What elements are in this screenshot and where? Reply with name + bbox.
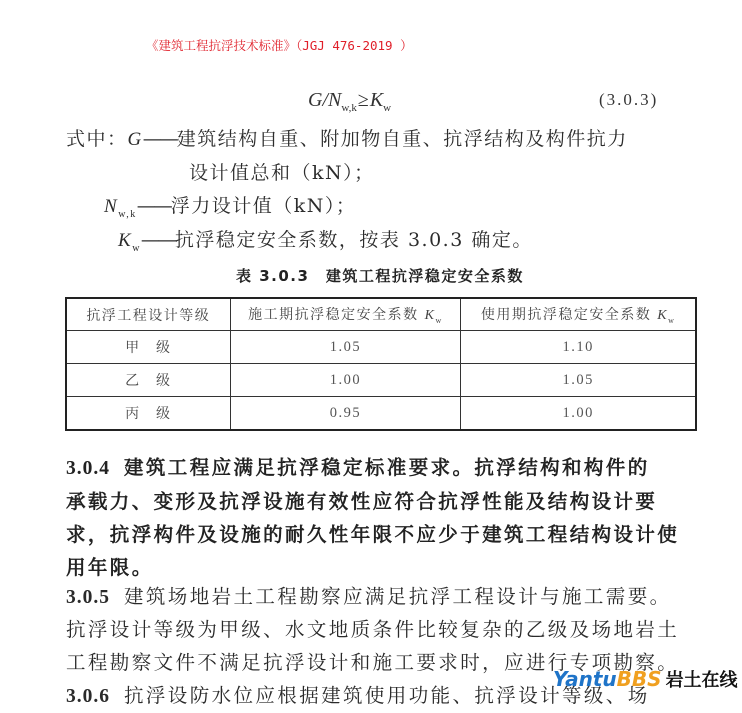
watermark-bbs: BBS: [617, 667, 662, 691]
header-design-grade: 抗浮工程设计等级: [66, 298, 230, 331]
cell-construction: 0.95: [230, 397, 461, 431]
definition-symbol: Nw,k: [104, 196, 137, 217]
header-service-factor: 使用期抗浮稳定安全系数 Kw: [461, 298, 696, 331]
formula-n: N: [328, 89, 341, 111]
definition-dash: ——: [143, 128, 177, 150]
clause-3-0-4-line-3: 求，抗浮构件及设施的耐久性年限不应少于建筑工程结构设计使: [66, 519, 679, 547]
watermark-logo: YantuBBS岩土在线: [553, 666, 738, 692]
clause-3-0-4-line-1: 3.0.4建筑工程应满足抗浮稳定标准要求。抗浮结构和构件的: [66, 452, 650, 480]
definition-kw: Kw——抗浮稳定安全系数，按表 3.0.3 确定。: [118, 225, 533, 254]
table-row: 乙 级 1.00 1.05: [66, 364, 696, 397]
definition-dash: ——: [141, 229, 175, 251]
formula-relation: ≥: [358, 89, 369, 111]
clause-3-0-4-line-4: 用年限。: [66, 552, 154, 580]
definition-text: 设计值总和（kN）；: [189, 162, 375, 184]
clause-3-0-5-line-2: 抗浮设计等级为甲级、水文地质条件比较复杂的乙级及场地岩土: [66, 614, 679, 642]
cell-grade: 甲 级: [66, 331, 230, 364]
definition-text: 浮力设计值（kN）；: [171, 195, 357, 217]
formula-n-sub: w,k: [341, 102, 356, 114]
cell-service: 1.05: [461, 364, 696, 397]
table-title: 表 3.0.3 建筑工程抗浮稳定安全系数: [236, 265, 524, 286]
cell-service: 1.10: [461, 331, 696, 364]
header-construction-factor: 施工期抗浮稳定安全系数 Kw: [230, 298, 461, 331]
formula-3-0-3: G/Nw,k≥Kw: [308, 89, 391, 114]
watermark-yantu: Yantu: [553, 667, 617, 691]
cell-service: 1.00: [461, 397, 696, 431]
definition-intro: 式中：: [66, 128, 128, 150]
table-header-row: 抗浮工程设计等级 施工期抗浮稳定安全系数 Kw 使用期抗浮稳定安全系数 Kw: [66, 298, 696, 331]
definition-text: 建筑结构自重、附加物自重、抗浮结构及构件抗力: [177, 128, 628, 150]
definition-g-continued: 设计值总和（kN）；: [189, 158, 375, 185]
definition-nwk: Nw,k——浮力设计值（kN）；: [104, 191, 356, 220]
definition-symbol: G: [128, 129, 143, 150]
cell-construction: 1.00: [230, 364, 461, 397]
safety-factor-table: 抗浮工程设计等级 施工期抗浮稳定安全系数 Kw 使用期抗浮稳定安全系数 Kw 甲…: [65, 297, 697, 431]
clause-3-0-4-line-2: 承载力、变形及抗浮设施有效性应符合抗浮性能及结构设计要: [66, 486, 657, 514]
formula-k-sub: w: [383, 102, 391, 114]
clause-3-0-5-line-1: 3.0.5建筑场地岩土工程勘察应满足抗浮工程设计与施工需要。: [66, 581, 672, 609]
cell-grade: 乙 级: [66, 364, 230, 397]
table-row: 丙 级 0.95 1.00: [66, 397, 696, 431]
clause-number: 3.0.4: [66, 458, 110, 479]
definition-text: 抗浮稳定安全系数，按表 3.0.3 确定。: [175, 229, 533, 251]
table-row: 甲 级 1.05 1.10: [66, 331, 696, 364]
cell-grade: 丙 级: [66, 397, 230, 431]
clause-number: 3.0.6: [66, 686, 110, 707]
definition-dash: ——: [137, 195, 171, 217]
formula-k: K: [370, 89, 383, 111]
definition-symbol: Kw: [118, 230, 141, 251]
document-caption: 《建筑工程抗浮技术标准》（JGJ 476-2019 ）: [146, 36, 413, 54]
equation-number: (3.0.3): [599, 90, 658, 110]
clause-number: 3.0.5: [66, 587, 110, 608]
watermark-cn: 岩土在线: [666, 670, 738, 691]
definition-g: 式中：G——建筑结构自重、附加物自重、抗浮结构及构件抗力: [66, 124, 628, 151]
formula-g: G: [308, 89, 322, 111]
cell-construction: 1.05: [230, 331, 461, 364]
